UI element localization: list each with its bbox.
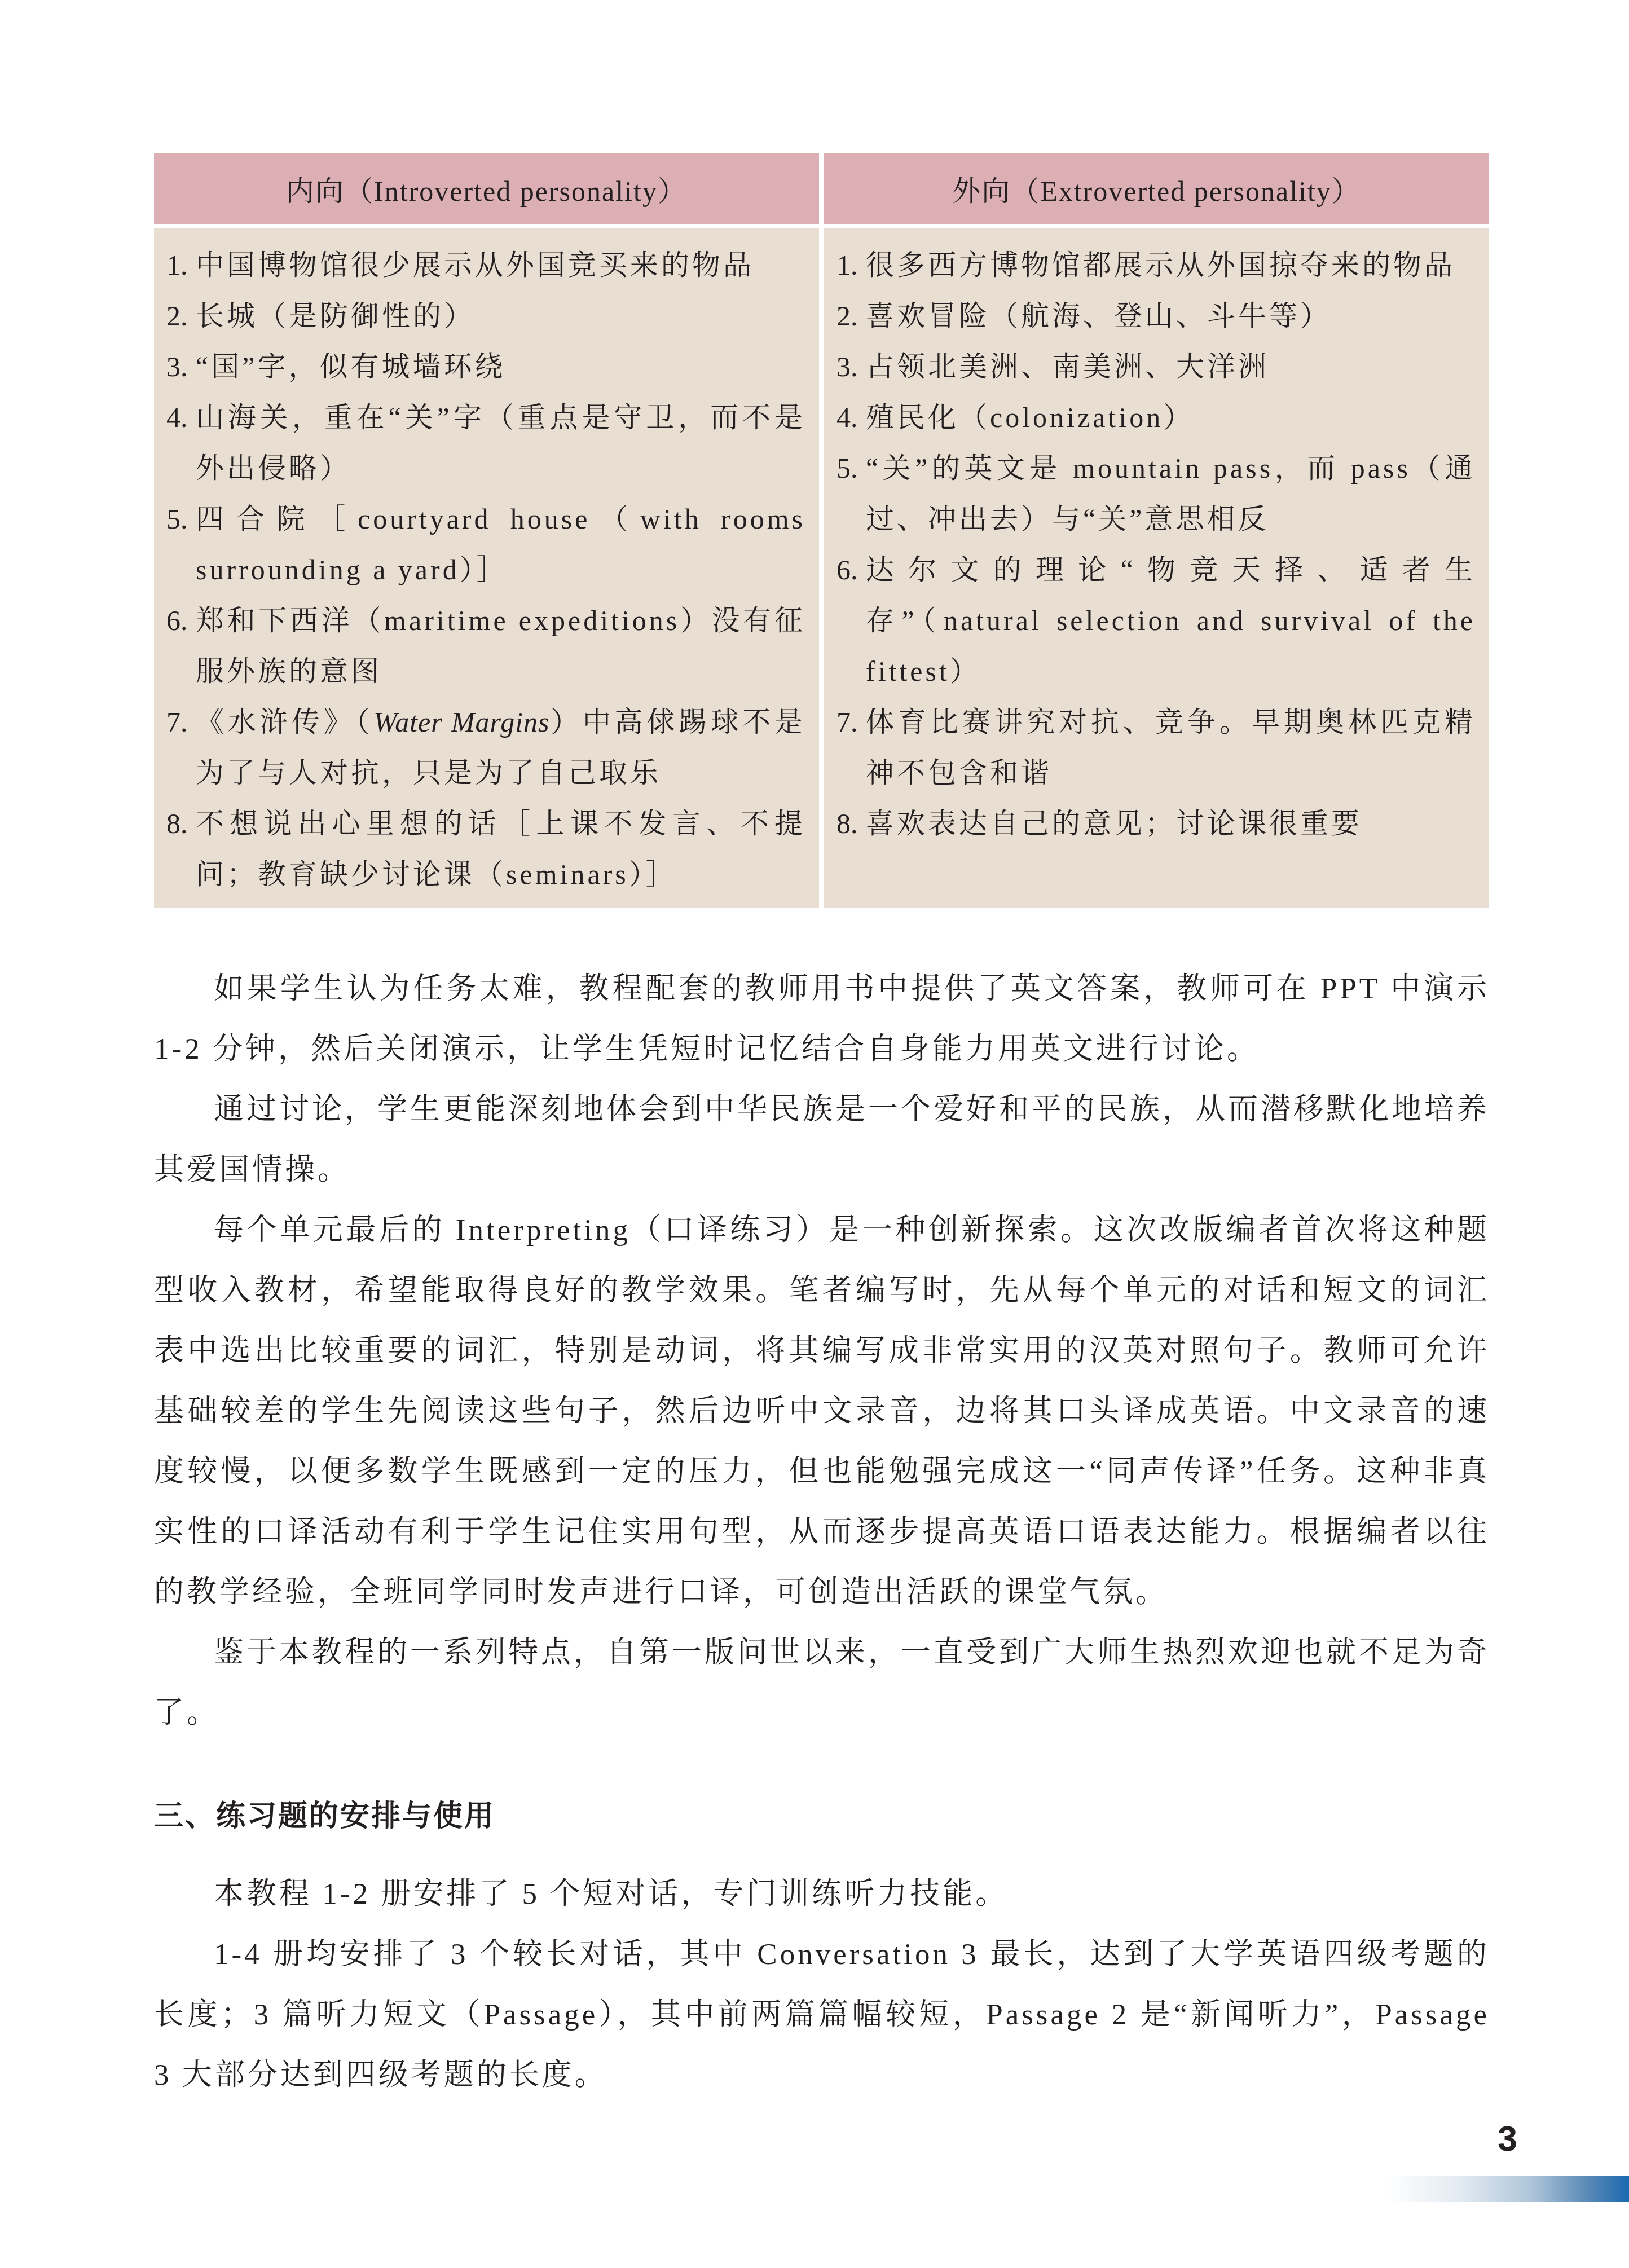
section-paragraph-1: 本教程 1-2 册安排了 5 个短对话，专门训练听力技能。: [154, 1864, 1490, 1925]
paragraph-1: 如果学生认为任务太难，教程配套的教师用书中提供了英文答案，教师可在 PPT 中演…: [154, 959, 1490, 1080]
item-text: 殖民化（colonization）: [866, 402, 1194, 433]
table-item: 4.山海关，重在“关”字（重点是守卫，而不是外出侵略）: [154, 392, 805, 494]
item-number: 3.: [836, 341, 858, 392]
table-item: 6.达尔文的理论“物竞天择、适者生存”（natural selection an…: [824, 544, 1476, 697]
item-number: 1.: [836, 240, 858, 290]
item-number: 8.: [836, 798, 858, 849]
item-number: 5.: [166, 494, 188, 544]
table-column-extroverted: 1.很多西方博物馆都展示从外国掠夺来的物品2.喜欢冒险（航海、登山、斗牛等）3.…: [824, 228, 1489, 908]
personality-comparison-table: 内向（Introverted personality）外向（Extroverte…: [154, 153, 1489, 908]
item-text: 很多西方博物馆都展示从外国掠夺来的物品: [866, 249, 1455, 281]
body-text: 如果学生认为任务太难，教程配套的教师用书中提供了英文答案，教师可在 PPT 中演…: [154, 959, 1490, 2106]
item-number: 4.: [166, 392, 188, 443]
table-item: 4.殖民化（colonization）: [824, 392, 1476, 443]
footer-gradient-bar: [1386, 2176, 1629, 2202]
item-number: 3.: [166, 341, 188, 392]
table-header-introverted: 内向（Introverted personality）: [154, 153, 819, 224]
table-header-extroverted: 外向（Extroverted personality）: [824, 153, 1489, 224]
section-paragraph-2: 1-4 册均安排了 3 个较长对话，其中 Conversation 3 最长，达…: [154, 1925, 1490, 2106]
table-item: 2.长城（是防御性的）: [154, 290, 805, 341]
table-item: 8.喜欢表达自己的意见；讨论课很重要: [824, 798, 1476, 849]
item-text: 山海关，重在“关”字（重点是守卫，而不是外出侵略）: [196, 402, 805, 484]
item-text: “国”字，似有城墙环绕: [196, 351, 505, 382]
item-text: 长城（是防御性的）: [196, 300, 475, 332]
paragraph-2: 通过讨论，学生更能深刻地体会到中华民族是一个爱好和平的民族，从而潜移默化地培养其…: [154, 1080, 1490, 1200]
item-number: 7.: [836, 697, 858, 747]
paragraph-3: 每个单元最后的 Interpreting（口译练习）是一种创新探索。这次改版编者…: [154, 1200, 1490, 1623]
table-item: 6.郑和下西洋（maritime expeditions）没有征服外族的意图: [154, 595, 805, 697]
table-item: 5.“关”的英文是 mountain pass，而 pass（通过、冲出去）与“…: [824, 443, 1476, 544]
item-text: 达尔文的理论“物竞天择、适者生存”（natural selection and …: [866, 554, 1476, 687]
section-heading: 三、练习题的安排与使用: [154, 1795, 1490, 1837]
table-column-introverted: 1.中国博物馆很少展示从外国竞买来的物品2.长城（是防御性的）3.“国”字，似有…: [154, 228, 819, 908]
item-number: 2.: [836, 290, 858, 341]
table-item: 3.占领北美洲、南美洲、大洋洲: [824, 341, 1476, 392]
item-text: “关”的英文是 mountain pass，而 pass（通过、冲出去）与“关”…: [866, 452, 1476, 535]
item-text: 四合院［courtyard house（with rooms surroundi…: [196, 503, 805, 585]
item-text: 喜欢冒险（航海、登山、斗牛等）: [866, 300, 1331, 332]
table-item: 1.中国博物馆很少展示从外国竞买来的物品: [154, 240, 805, 290]
item-text: 中国博物馆很少展示从外国竞买来的物品: [196, 249, 754, 281]
item-number: 4.: [836, 392, 858, 443]
item-number: 6.: [836, 544, 858, 595]
item-number: 1.: [166, 240, 188, 290]
document-page: 内向（Introverted personality）外向（Extroverte…: [0, 0, 1629, 2268]
item-text: 体育比赛讲究对抗、竞争。早期奥林匹克精神不包含和谐: [866, 706, 1476, 789]
item-text: 《水浒传》（Water Margins）中高俅踢球不是为了与人对抗，只是为了自己…: [196, 706, 805, 789]
table-item: 5.四合院［courtyard house（with rooms surroun…: [154, 494, 805, 595]
item-text: 不想说出心里想的话［上课不发言、不提问；教育缺少讨论课（seminars）］: [196, 808, 805, 890]
table-item: 8.不想说出心里想的话［上课不发言、不提问；教育缺少讨论课（seminars）］: [154, 798, 805, 900]
paragraph-4: 鉴于本教程的一系列特点，自第一版问世以来，一直受到广大师生热烈欢迎也就不足为奇了…: [154, 1623, 1490, 1743]
table-item: 7.《水浒传》（Water Margins）中高俅踢球不是为了与人对抗，只是为了…: [154, 697, 805, 798]
item-number: 6.: [166, 595, 188, 646]
item-number: 2.: [166, 290, 188, 341]
item-text: 郑和下西洋（maritime expeditions）没有征服外族的意图: [196, 605, 805, 687]
page-number: 3: [1498, 2119, 1517, 2159]
item-number: 8.: [166, 798, 188, 849]
item-number: 5.: [836, 443, 858, 494]
item-number: 7.: [166, 697, 188, 747]
table-item: 3.“国”字，似有城墙环绕: [154, 341, 805, 392]
table-item: 2.喜欢冒险（航海、登山、斗牛等）: [824, 290, 1476, 341]
item-text: 喜欢表达自己的意见；讨论课很重要: [866, 808, 1362, 839]
table-item: 1.很多西方博物馆都展示从外国掠夺来的物品: [824, 240, 1476, 290]
item-text: 占领北美洲、南美洲、大洋洲: [866, 351, 1269, 382]
table-item: 7.体育比赛讲究对抗、竞争。早期奥林匹克精神不包含和谐: [824, 697, 1476, 798]
